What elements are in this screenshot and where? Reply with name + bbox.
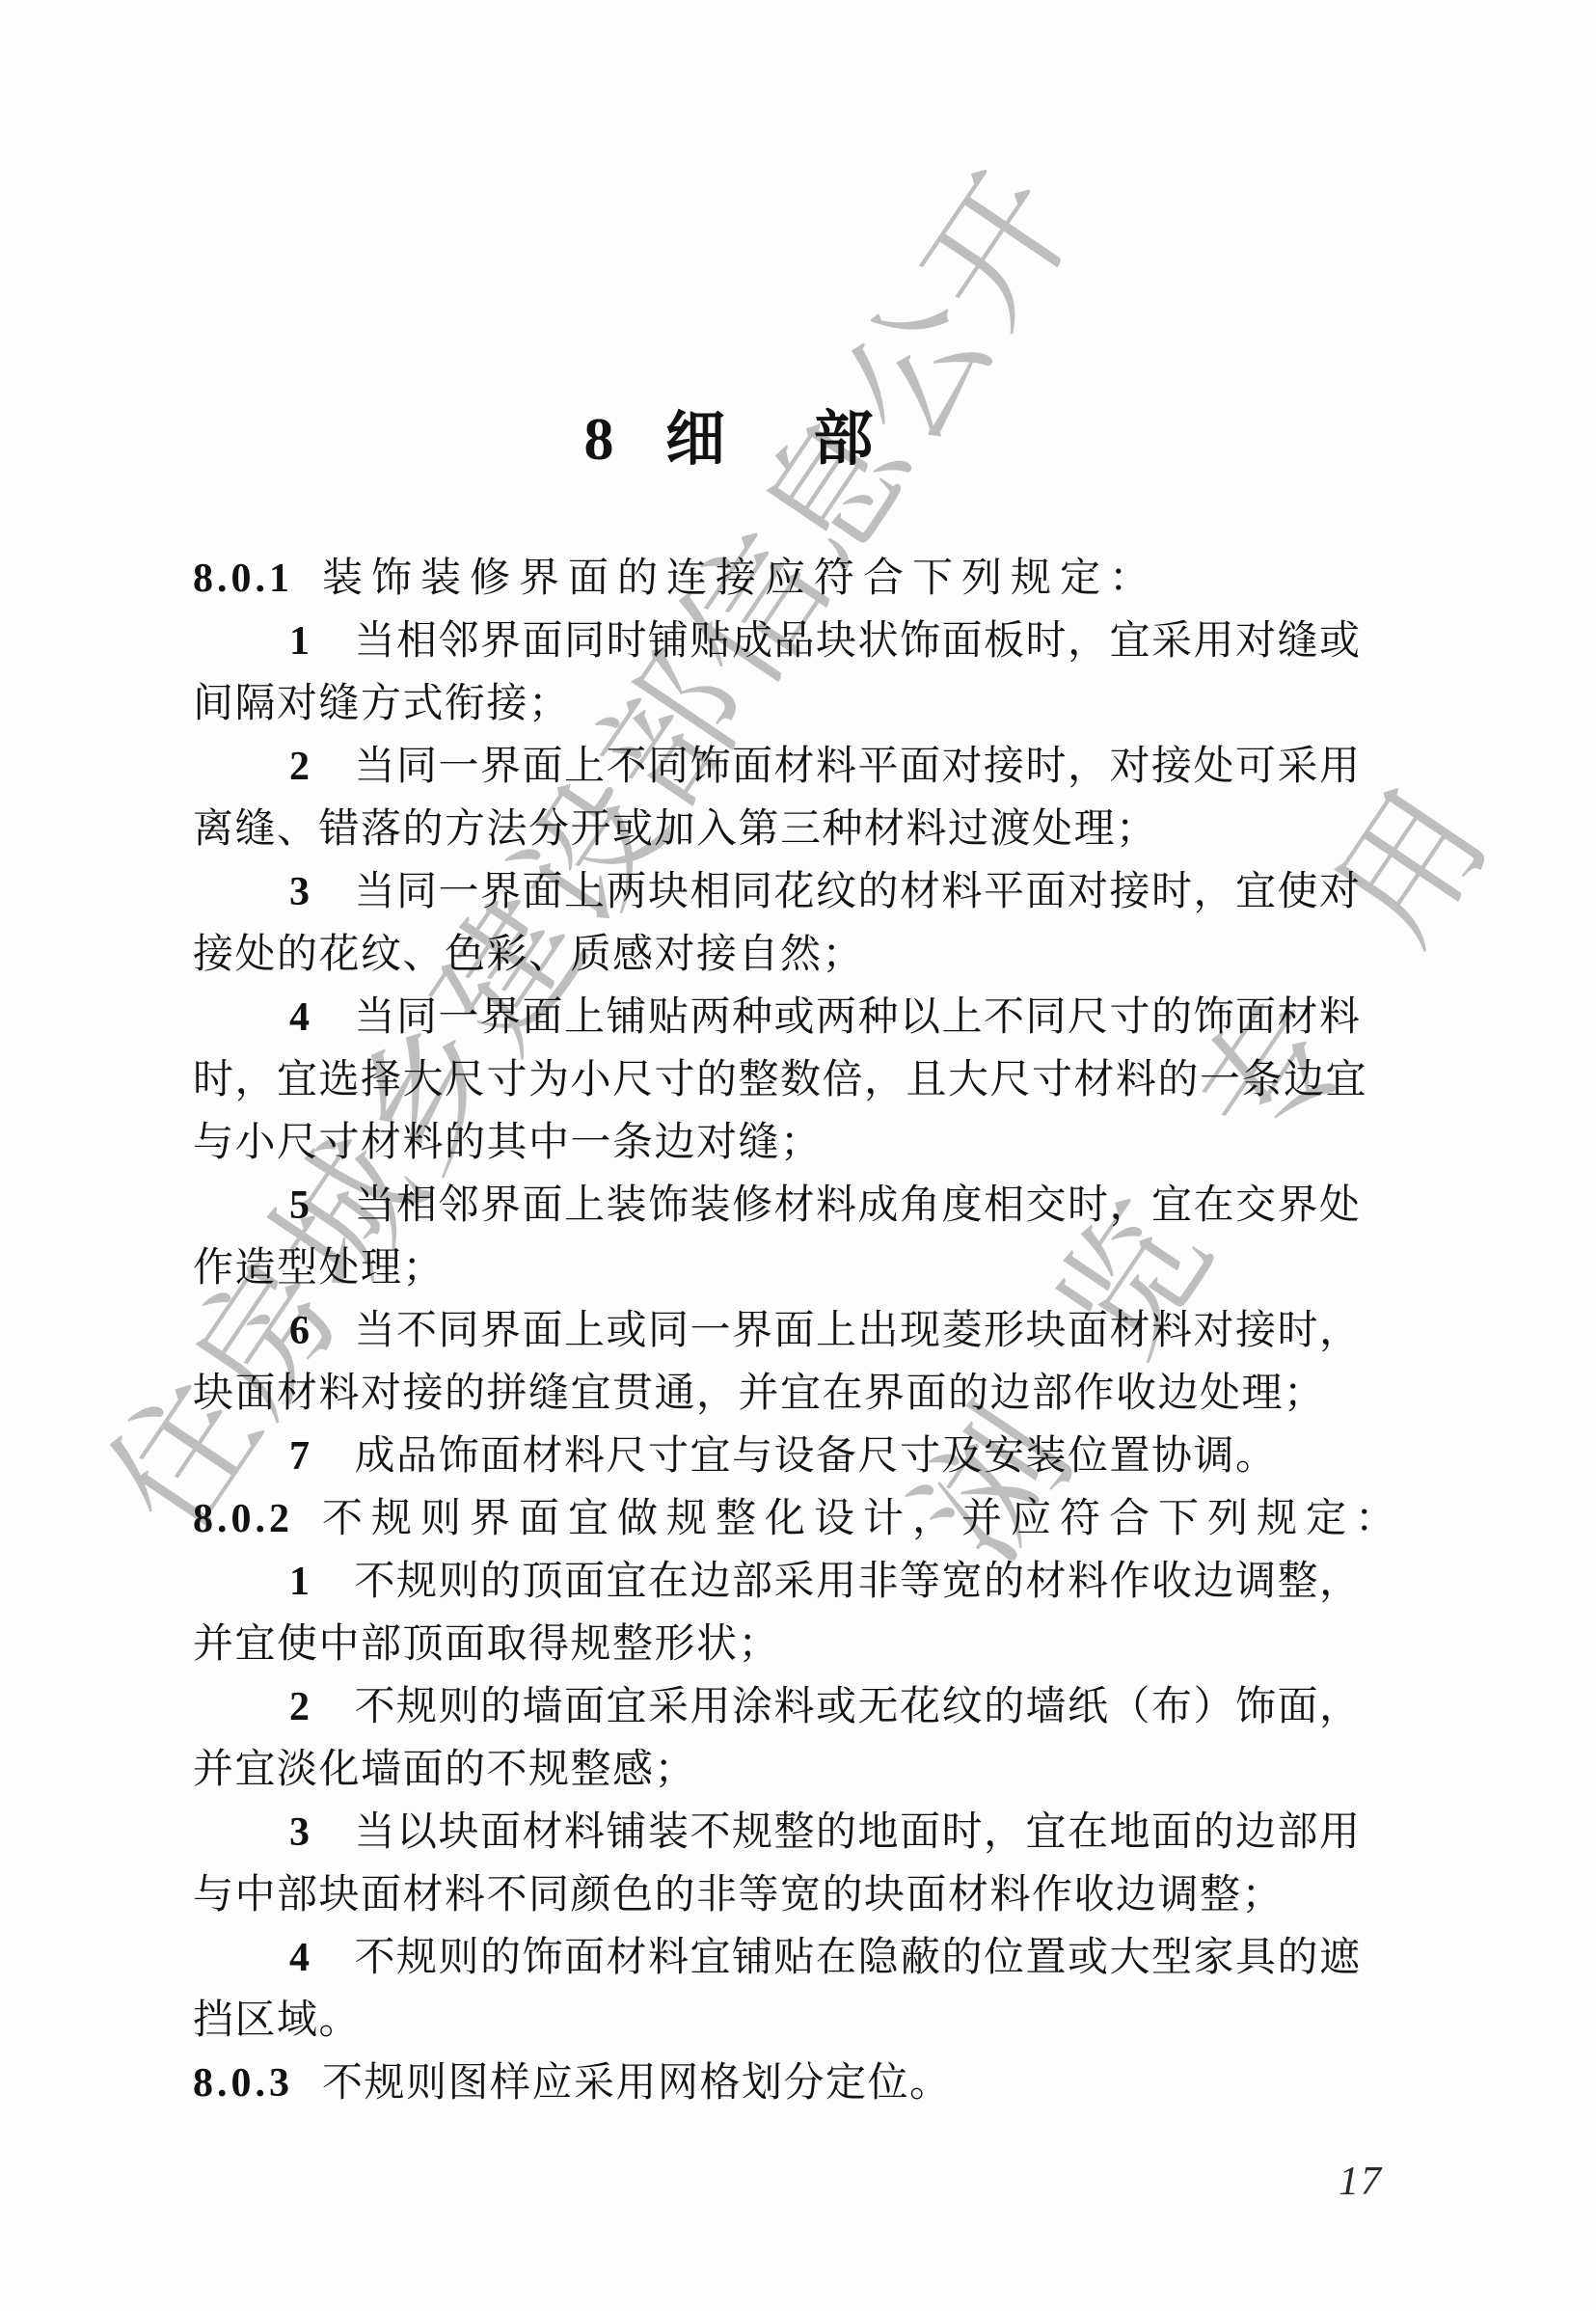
line-text: 作造型处理； [193, 1246, 445, 1291]
line-text: 当以块面材料铺装不规整的地面时，宜在地面的边部用 [355, 1810, 1362, 1855]
text-line: 并宜淡化墙面的不规整感； [193, 1739, 1456, 1802]
line-text: 当相邻界面同时铺贴成品块状饰面板时，宜采用对缝或 [355, 619, 1362, 664]
line-text: 装饰装修界面的连接应符合下列规定： [322, 557, 1158, 601]
line-text: 当相邻界面上装饰装修材料成角度相交时，宜在交界处 [355, 1183, 1362, 1228]
line-text: 并宜使中部顶面取得规整形状； [193, 1622, 780, 1667]
text-line: 并宜使中部顶面取得规整形状； [193, 1614, 1456, 1676]
text-line: 8.0.2不规则界面宜做规整化设计，并应符合下列规定： [193, 1488, 1456, 1551]
text-line: 4当同一界面上铺贴两种或两种以上不同尺寸的饰面材料 [193, 987, 1456, 1049]
text-line: 8.0.3不规则图样应采用网格划分定位。 [193, 2053, 1456, 2115]
line-text: 并宜淡化墙面的不规整感； [193, 1748, 696, 1792]
line-text: 不规则的墙面宜采用涂料或无花纹的墙纸（布）饰面， [355, 1685, 1362, 1729]
chapter-title-char-1: 细 [665, 407, 725, 473]
text-line: 1不规则的顶面宜在边部采用非等宽的材料作收边调整， [193, 1551, 1456, 1614]
text-line: 与小尺寸材料的其中一条边对缝； [193, 1112, 1456, 1175]
line-text: 间隔对缝方式衔接； [193, 682, 571, 726]
line-text: 不规则的饰面材料宜铺贴在隐蔽的位置或大型家具的遮 [355, 1936, 1362, 1980]
text-line: 时，宜选择大尺寸为小尺寸的整数倍，且大尺寸材料的一条边宜 [193, 1049, 1456, 1112]
text-line: 与中部块面材料不同颜色的非等宽的块面材料作收边调整； [193, 1864, 1456, 1927]
line-text: 块面材料对接的拼缝宜贯通，并宜在界面的边部作收边处理； [193, 1372, 1326, 1416]
text-line: 离缝、错落的方法分开或加入第三种材料过渡处理； [193, 799, 1456, 861]
clause-number: 8.0.3 [193, 2053, 293, 2115]
text-line: 3当同一界面上两块相同花纹的材料平面对接时，宜使对 [193, 861, 1456, 924]
line-text: 不规则图样应采用网格划分定位。 [322, 2061, 952, 2106]
text-line: 7成品饰面材料尺寸宜与设备尺寸及安装位置协调。 [193, 1426, 1456, 1488]
text-line: 作造型处理； [193, 1237, 1456, 1300]
item-number: 3 [289, 1802, 311, 1864]
text-line: 5当相邻界面上装饰装修材料成角度相交时，宜在交界处 [193, 1175, 1456, 1237]
line-text: 离缝、错落的方法分开或加入第三种材料过渡处理； [193, 807, 1158, 852]
clause-number: 8.0.1 [193, 548, 293, 611]
text-line: 1当相邻界面同时铺贴成品块状饰面板时，宜采用对缝或 [193, 611, 1456, 673]
item-number: 5 [289, 1175, 311, 1237]
document-page: 住房城乡建设部信息公开 浏览专用 8 细 部 8.0.1装饰装修界面的连接应符合… [0, 0, 1596, 2311]
line-text: 挡区域。 [193, 1998, 361, 2043]
text-line: 2当同一界面上不同饰面材料平面对接时，对接处可采用 [193, 736, 1456, 799]
text-line: 块面材料对接的拼缝宜贯通，并宜在界面的边部作收边处理； [193, 1363, 1456, 1426]
line-text: 成品饰面材料尺寸宜与设备尺寸及安装位置协调。 [355, 1434, 1278, 1479]
line-text: 当不同界面上或同一界面上出现菱形块面材料对接时， [355, 1309, 1362, 1353]
text-line: 4不规则的饰面材料宜铺贴在隐蔽的位置或大型家具的遮 [193, 1927, 1456, 1990]
line-text: 与中部块面材料不同颜色的非等宽的块面材料作收边调整； [193, 1873, 1284, 1917]
text-line: 3当以块面材料铺装不规整的地面时，宜在地面的边部用 [193, 1802, 1456, 1864]
text-line: 2不规则的墙面宜采用涂料或无花纹的墙纸（布）饰面， [193, 1676, 1456, 1739]
clause-number: 8.0.2 [193, 1488, 293, 1551]
text-line: 接处的花纹、色彩、质感对接自然； [193, 924, 1456, 987]
item-number: 3 [289, 861, 311, 924]
text-line: 挡区域。 [193, 1990, 1456, 2053]
line-text: 不规则的顶面宜在边部采用非等宽的材料作收边调整， [355, 1560, 1362, 1604]
text-block: 8.0.1装饰装修界面的连接应符合下列规定：1当相邻界面同时铺贴成品块状饰面板时… [193, 548, 1456, 2115]
chapter-number: 8 [583, 407, 613, 473]
line-text: 当同一界面上铺贴两种或两种以上不同尺寸的饰面材料 [355, 995, 1362, 1040]
item-number: 4 [289, 987, 311, 1049]
text-line: 8.0.1装饰装修界面的连接应符合下列规定： [193, 548, 1456, 611]
chapter-title-char-2: 部 [814, 407, 874, 473]
item-number: 7 [289, 1426, 311, 1488]
chapter-title: 8 细 部 [0, 391, 1527, 476]
text-line: 6当不同界面上或同一界面上出现菱形块面材料对接时， [193, 1300, 1456, 1363]
page-number: 17 [1339, 2159, 1383, 2205]
item-number: 1 [289, 611, 311, 673]
line-text: 与小尺寸材料的其中一条边对缝； [193, 1121, 823, 1165]
text-line: 间隔对缝方式衔接； [193, 673, 1456, 736]
item-number: 4 [289, 1927, 311, 1990]
item-number: 1 [289, 1551, 311, 1614]
line-text: 接处的花纹、色彩、质感对接自然； [193, 933, 864, 977]
line-text: 不规则界面宜做规整化设计，并应符合下列规定： [322, 1497, 1404, 1541]
item-number: 6 [289, 1300, 311, 1363]
line-text: 当同一界面上两块相同花纹的材料平面对接时，宜使对 [355, 870, 1362, 914]
item-number: 2 [289, 736, 311, 799]
line-text: 时，宜选择大尺寸为小尺寸的整数倍，且大尺寸材料的一条边宜 [193, 1058, 1367, 1102]
line-text: 当同一界面上不同饰面材料平面对接时，对接处可采用 [355, 745, 1362, 789]
item-number: 2 [289, 1676, 311, 1739]
